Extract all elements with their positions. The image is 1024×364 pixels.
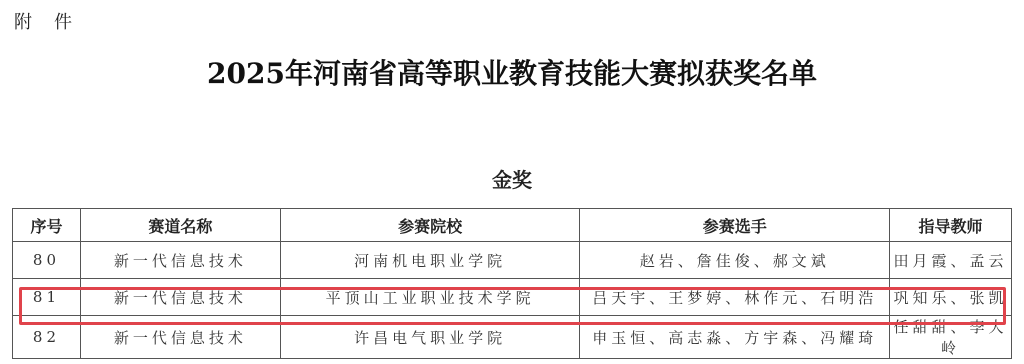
header-players: 参赛选手 [580,209,890,242]
cell-track: 新一代信息技术 [80,242,280,279]
award-table: 序号 赛道名称 参赛院校 参赛选手 指导教师 80 新一代信息技术 河南机电职业… [12,208,1012,359]
header-school: 参赛院校 [280,209,580,242]
table-row: 80 新一代信息技术 河南机电职业学院 赵岩、詹佳俊、郝文斌 田月霞、孟云 [13,242,1012,279]
table-row: 82 新一代信息技术 许昌电气职业学院 申玉恒、高志淼、方宇森、冯耀琦 任甜甜、… [13,316,1012,359]
cell-teachers: 田月霞、孟云 [890,242,1012,279]
cell-teachers: 巩知乐、张凯 [890,279,1012,316]
document-title: 2025年河南省高等职业教育技能大赛拟获奖名单 [0,52,1024,92]
cell-players: 申玉恒、高志淼、方宇森、冯耀琦 [580,316,890,359]
award-level-heading: 金奖 [0,164,1024,193]
cell-school: 河南机电职业学院 [280,242,580,279]
header-teachers: 指导教师 [890,209,1012,242]
table-row-highlighted: 81 新一代信息技术 平顶山工业职业技术学院 吕天宇、王梦婷、林作元、石明浩 巩… [13,279,1012,316]
cell-no: 80 [13,242,81,279]
cell-teachers: 任甜甜、李大岭 [890,316,1012,359]
header-track: 赛道名称 [80,209,280,242]
table-header-row: 序号 赛道名称 参赛院校 参赛选手 指导教师 [13,209,1012,242]
cell-track: 新一代信息技术 [80,279,280,316]
cell-players: 吕天宇、王梦婷、林作元、石明浩 [580,279,890,316]
cell-school: 许昌电气职业学院 [280,316,580,359]
cell-players: 赵岩、詹佳俊、郝文斌 [580,242,890,279]
attachment-label: 附件 [14,8,94,34]
header-no: 序号 [13,209,81,242]
cell-track: 新一代信息技术 [80,316,280,359]
cell-school: 平顶山工业职业技术学院 [280,279,580,316]
cell-no: 81 [13,279,81,316]
cell-no: 82 [13,316,81,359]
